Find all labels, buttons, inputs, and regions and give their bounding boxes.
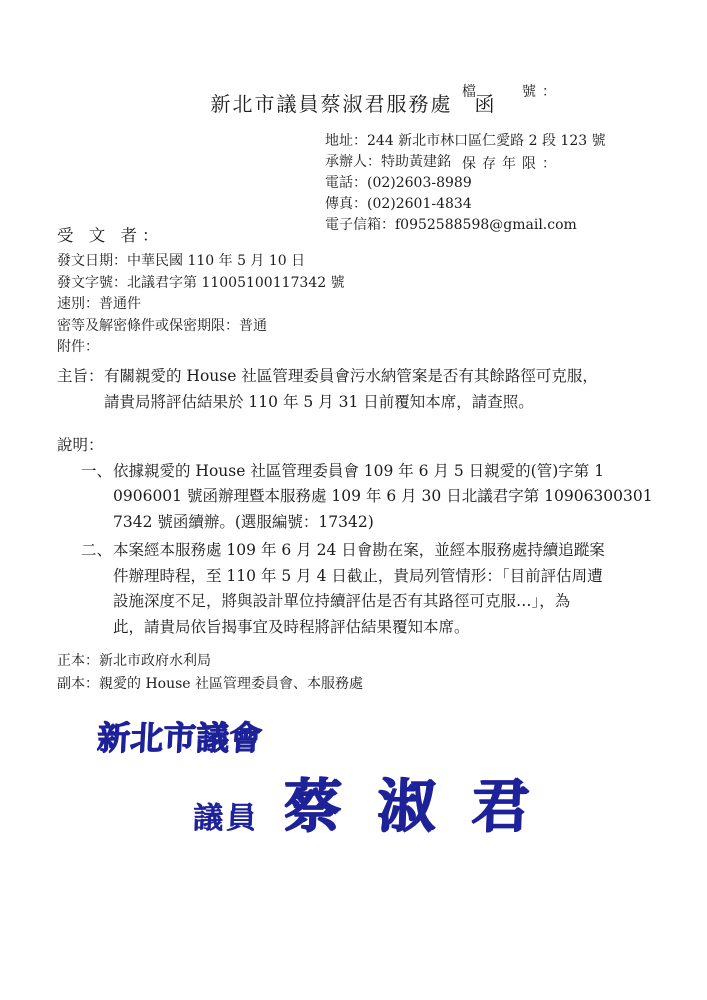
item-content: 依據親愛的 House 社區管理委員會 109 年 6 月 5 日親愛的(管)字… (113, 459, 653, 536)
priority-line: 速別：普通件 (57, 294, 345, 316)
fax-line: 傳真：(02)2601-4834 (325, 194, 606, 215)
contact-info-block: 地址：244 新北市林口區仁愛路 2 段 123 號 承辦人：特助黃建銘 電話：… (325, 131, 606, 236)
description-section: 說明： 一、 依據親愛的 House 社區管理委員會 109 年 6 月 5 日… (57, 433, 653, 640)
original-copy-line: 正本：新北市政府水利局 (57, 650, 363, 673)
official-letter-page: 檔 號： 保存年限： 新北市議員蔡淑君服務處 函 地址：244 新北市林口區仁愛… (0, 0, 707, 1000)
description-item-2: 二、 本案經本服務處 109 年 6 月 24 日會勘在案，並經本服務處持續追蹤… (81, 538, 653, 640)
subject-content: 有關親愛的 House 社區管理委員會污水納管案是否有其餘路徑可克服， 請貴局將… (104, 363, 598, 415)
cc-copy-line: 副本：親愛的 House 社區管理委員會、本服務處 (57, 673, 363, 696)
contact-person-line: 承辦人：特助黃建銘 (325, 152, 606, 173)
phone-line: 電話：(02)2603-8989 (325, 173, 606, 194)
description-label: 說明： (57, 433, 653, 459)
item-line: 7342 號函續辦。(選服編號：17342) (113, 510, 653, 536)
item-line: 依據親愛的 House 社區管理委員會 109 年 6 月 5 日親愛的(管)字… (113, 459, 653, 485)
security-line: 密等及解密條件或保密期限：普通 (57, 316, 345, 338)
item-line: 本案經本服務處 109 年 6 月 24 日會勘在案，並經本服務處持續追蹤案 (113, 538, 605, 564)
item-line: 此，請貴局依旨揭事宜及時程將評估結果覆知本席。 (113, 615, 605, 641)
item-line: 設施深度不足，將與設計單位持續評估是否有其路徑可克服…」，為 (113, 589, 605, 615)
issue-date-line: 發文日期：中華民國 110 年 5 月 10 日 (57, 251, 345, 273)
doc-number-line: 發文字號：北議君字第 11005100117342 號 (57, 273, 345, 295)
address-line: 地址：244 新北市林口區仁愛路 2 段 123 號 (325, 131, 606, 152)
item-line: 件辦理時程，至 110 年 5 月 4 日截止，貴局列管情形：「目前評估周遭 (113, 564, 605, 590)
item-marker: 一、 (81, 459, 113, 536)
item-content: 本案經本服務處 109 年 6 月 24 日會勘在案，並經本服務處持續追蹤案 件… (113, 538, 605, 640)
document-title: 新北市議員蔡淑君服務處 函 (0, 88, 707, 117)
subject-line: 請貴局將評估結果於 110 年 5 月 31 日前覆知本席，請查照。 (104, 389, 598, 415)
subject-label: 主旨： (57, 363, 104, 415)
item-line: 0906001 號函辦理暨本服務處 109 年 6 月 30 日北議君字第 10… (113, 484, 653, 510)
councilor-name: 蔡淑君 (282, 770, 567, 843)
letter-meta-block: 受 文 者： 發文日期：中華民國 110 年 5 月 10 日 發文字號：北議君… (57, 224, 345, 359)
subject-section: 主旨： 有關親愛的 House 社區管理委員會污水納管案是否有其餘路徑可克服， … (57, 363, 598, 415)
councilor-title: 議員 (192, 793, 260, 843)
copies-section: 正本：新北市政府水利局 副本：親愛的 House 社區管理委員會、本服務處 (57, 650, 363, 696)
councilor-signature-row: 議員 蔡淑君 (193, 770, 565, 843)
council-signature-text: 新北市議會 (96, 712, 263, 759)
email-line: 電子信箱：f0952588598@gmail.com (325, 215, 606, 236)
recipient-label: 受 文 者： (57, 224, 345, 248)
item-marker: 二、 (81, 538, 113, 640)
description-item-1: 一、 依據親愛的 House 社區管理委員會 109 年 6 月 5 日親愛的(… (81, 459, 653, 536)
attachment-line: 附件： (57, 337, 345, 359)
subject-line: 有關親愛的 House 社區管理委員會污水納管案是否有其餘路徑可克服， (104, 363, 598, 389)
